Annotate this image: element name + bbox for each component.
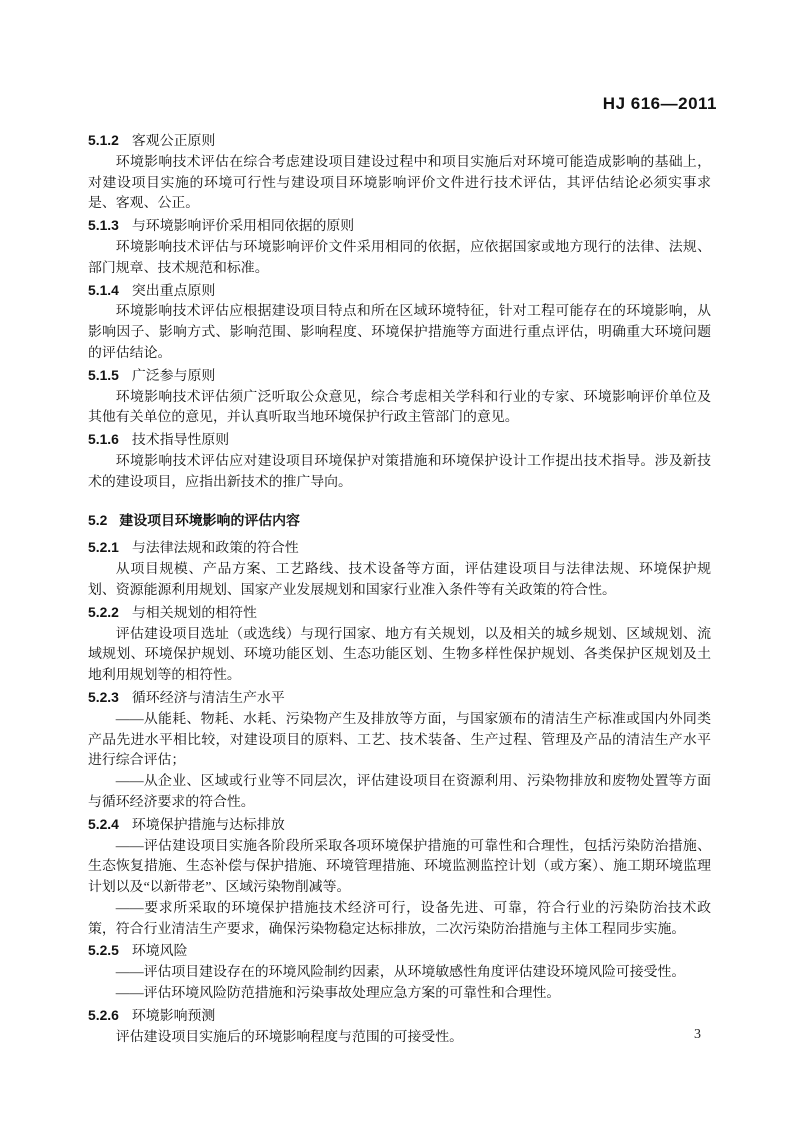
paragraph: ——要求所采取的环境保护措施技术经济可行，设备先进、可靠，符合行业的污染防治技术… <box>88 899 711 941</box>
heading-title: 与相关规划的相符性 <box>132 606 257 621</box>
heading-number: 5.2.4 <box>88 816 119 832</box>
subsection-heading: 5.2.2与相关规划的相符性 <box>88 602 711 625</box>
heading-title: 环境保护措施与达标排放 <box>132 818 285 833</box>
heading-title: 与法律法规和政策的符合性 <box>132 541 299 556</box>
paragraph: ——从企业、区域或行业等不同层次，评估建设项目在资源利用、污染物排放和废物处置等… <box>88 772 711 814</box>
heading-title: 客观公正原则 <box>132 134 215 149</box>
heading-title: 技术指导性原则 <box>132 433 229 448</box>
paragraph: 环境影响技术评估与环境影响评价文件采用相同的依据，应依据国家或地方现行的法律、法… <box>88 238 711 280</box>
heading-number: 5.1.3 <box>88 217 119 233</box>
heading-title: 广泛参与原则 <box>132 369 215 384</box>
standard-number-header: HJ 616—2011 <box>603 94 717 114</box>
subsection-heading: 5.1.4突出重点原则 <box>88 280 711 303</box>
subsection-heading: 5.2.4环境保护措施与达标排放 <box>88 814 711 837</box>
heading-title: 建设项目环境影响的评估内容 <box>119 512 300 528</box>
paragraph: 环境影响技术评估应根据建设项目特点和所在区域环境特征，针对工程可能存在的环境影响… <box>88 302 711 364</box>
document-page: HJ 616—2011 5.1.2客观公正原则环境影响技术评估在综合考虑建设项目… <box>0 0 794 1123</box>
heading-number: 5.2.3 <box>88 689 119 705</box>
subsection-heading: 5.1.5广泛参与原则 <box>88 365 711 388</box>
subsection-heading: 5.2.5环境风险 <box>88 940 711 963</box>
paragraph: ——从能耗、物耗、水耗、污染物产生及排放等方面，与国家颁布的清洁生产标准或国内外… <box>88 710 711 772</box>
heading-number: 5.1.5 <box>88 367 119 383</box>
paragraph: 环境影响技术评估在综合考虑建设项目建设过程中和项目实施后对环境可能造成影响的基础… <box>88 153 711 215</box>
paragraph: 环境影响技术评估应对建设项目环境保护对策措施和环境保护设计工作提出技术指导。涉及… <box>88 452 711 494</box>
paragraph: 从项目规模、产品方案、工艺路线、技术设备等方面，评估建设项目与法律法规、环境保护… <box>88 560 711 602</box>
section-heading: 5.2建设项目环境影响的评估内容 <box>88 510 711 531</box>
heading-number: 5.2.6 <box>88 1007 119 1023</box>
subsection-heading: 5.2.6环境影响预测 <box>88 1005 711 1028</box>
paragraph: 评估建设项目实施后的环境影响程度与范围的可接受性。 <box>88 1028 711 1049</box>
heading-title: 环境风险 <box>132 944 188 959</box>
heading-title: 突出重点原则 <box>132 284 215 299</box>
heading-number: 5.2.1 <box>88 539 119 555</box>
heading-title: 环境影响预测 <box>132 1009 215 1024</box>
heading-number: 5.1.2 <box>88 132 119 148</box>
subsection-heading: 5.1.2客观公正原则 <box>88 130 711 153</box>
heading-number: 5.1.4 <box>88 282 119 298</box>
paragraph: 评估建设项目选址（或选线）与现行国家、地方有关规划，以及相关的城乡规划、区域规划… <box>88 625 711 687</box>
heading-number: 5.2.5 <box>88 942 119 958</box>
subsection-heading: 5.2.1与法律法规和政策的符合性 <box>88 537 711 560</box>
heading-number: 5.2.2 <box>88 604 119 620</box>
document-content: 5.1.2客观公正原则环境影响技术评估在综合考虑建设项目建设过程中和项目实施后对… <box>88 130 711 1048</box>
heading-number: 5.1.6 <box>88 431 119 447</box>
subsection-heading: 5.2.3循环经济与清洁生产水平 <box>88 687 711 710</box>
subsection-heading: 5.1.6技术指导性原则 <box>88 429 711 452</box>
page-number: 3 <box>694 1027 701 1043</box>
paragraph: ——评估环境风险防范措施和污染事故处理应急方案的可靠性和合理性。 <box>88 984 711 1005</box>
heading-title: 循环经济与清洁生产水平 <box>132 691 285 706</box>
paragraph: 环境影响技术评估须广泛听取公众意见，综合考虑相关学科和行业的专家、环境影响评价单… <box>88 388 711 430</box>
paragraph: ——评估建设项目实施各阶段所采取各项环境保护措施的可靠性和合理性，包括污染防治措… <box>88 837 711 899</box>
heading-title: 与环境影响评价采用相同依据的原则 <box>132 219 354 234</box>
heading-number: 5.2 <box>88 512 107 528</box>
paragraph: ——评估项目建设存在的环境风险制约因素，从环境敏感性角度评估建设环境风险可接受性… <box>88 963 711 984</box>
subsection-heading: 5.1.3与环境影响评价采用相同依据的原则 <box>88 215 711 238</box>
